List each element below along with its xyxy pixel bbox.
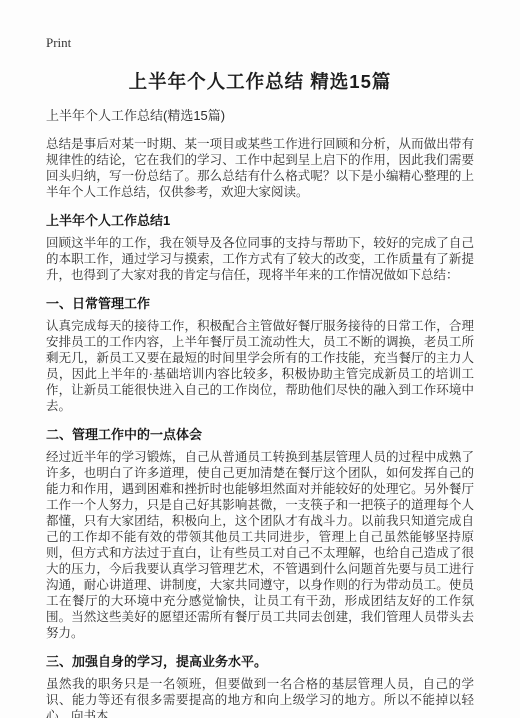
- section-3-paragraph: 经过近半年的学习锻炼，自己从普通员工转换到基层管理人员的过程中成熟了许多，也明白…: [46, 449, 474, 641]
- section-2-paragraph: 认真完成每天的接待工作，积极配合主管做好餐厅服务接待的日常工作，合理安排员工的工…: [46, 318, 474, 414]
- section-4-paragraph: 虽然我的职务只是一名领班，但要做到一名合格的基层管理人员，自己的学识、能力等还有…: [46, 676, 474, 718]
- section-1-paragraph: 回顾这半年的工作，我在领导及各位同事的支持与帮助下，较好的完成了自己的本职工作，…: [46, 235, 474, 283]
- section-1-heading: 上半年个人工作总结1: [46, 212, 474, 229]
- print-link[interactable]: Print: [46, 36, 474, 50]
- section-2-heading: 一、日常管理工作: [46, 295, 474, 312]
- section-4-heading: 三、加强自身的学习，提高业务水平。: [46, 653, 474, 670]
- intro-paragraph: 总结是事后对某一时期、某一项目或某些工作进行回顾和分析，从而做出带有规律性的结论…: [46, 136, 474, 200]
- document-page: Print 上半年个人工作总结 精选15篇 上半年个人工作总结(精选15篇) 总…: [0, 0, 520, 718]
- section-3-heading: 二、管理工作中的一点体会: [46, 426, 474, 443]
- page-title: 上半年个人工作总结 精选15篇: [46, 70, 474, 94]
- page-subtitle: 上半年个人工作总结(精选15篇): [46, 107, 474, 124]
